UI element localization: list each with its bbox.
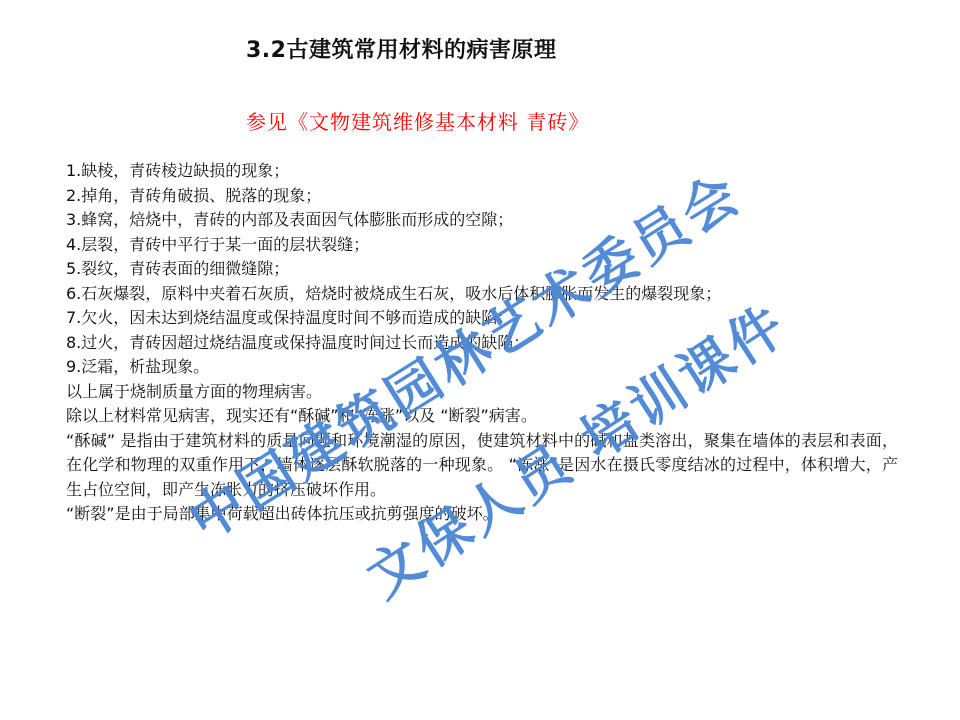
summary-text: 以上属于烧制质量方面的物理病害。 <box>66 380 898 405</box>
list-item-4: 4.层裂，青砖中平行于某一面的层状裂缝； <box>66 233 898 258</box>
other-diseases-intro: 除以上材料常见病害，现实还有“酥碱”和“冻涨”以及 “断裂”病害。 <box>66 404 898 429</box>
slide-subtitle-reference: 参见《文物建筑维修基本材料 青砖》 <box>246 106 589 135</box>
paragraph-efflorescence-frost: “酥碱” 是指由于建筑材料的质量问题和环境潮湿的原因，使建筑材料中的碱和盐类溶出… <box>66 429 898 503</box>
list-item-8: 8.过火，青砖因超过烧结温度或保持温度时间过长而造成的缺陷； <box>66 331 898 356</box>
list-item-2: 2.掉角，青砖角破损、脱落的现象； <box>66 184 898 209</box>
list-item-1: 1.缺棱，青砖棱边缺损的现象； <box>66 159 898 184</box>
list-item-6: 6.石灰爆裂，原料中夹着石灰质，焙烧时被烧成生石灰，吸水后体积膨胀而发生的爆裂现… <box>66 282 898 307</box>
slide: 3.2古建筑常用材料的病害原理 参见《文物建筑维修基本材料 青砖》 1.缺棱，青… <box>0 0 960 720</box>
list-item-5: 5.裂纹，青砖表面的细微缝隙； <box>66 257 898 282</box>
list-item-3: 3.蜂窝，焙烧中，青砖的内部及表面因气体膨胀而形成的空隙； <box>66 208 898 233</box>
paragraph-fracture: “断裂”是由于局部集中荷载超出砖体抗压或抗剪强度的破坏。 <box>66 502 898 527</box>
list-item-9: 9.泛霜，析盐现象。 <box>66 355 898 380</box>
slide-body: 1.缺棱，青砖棱边缺损的现象； 2.掉角，青砖角破损、脱落的现象； 3.蜂窝，焙… <box>66 159 898 527</box>
list-item-7: 7.欠火，因未达到烧结温度或保持温度时间不够而造成的缺陷； <box>66 306 898 331</box>
slide-title: 3.2古建筑常用材料的病害原理 <box>246 33 556 64</box>
